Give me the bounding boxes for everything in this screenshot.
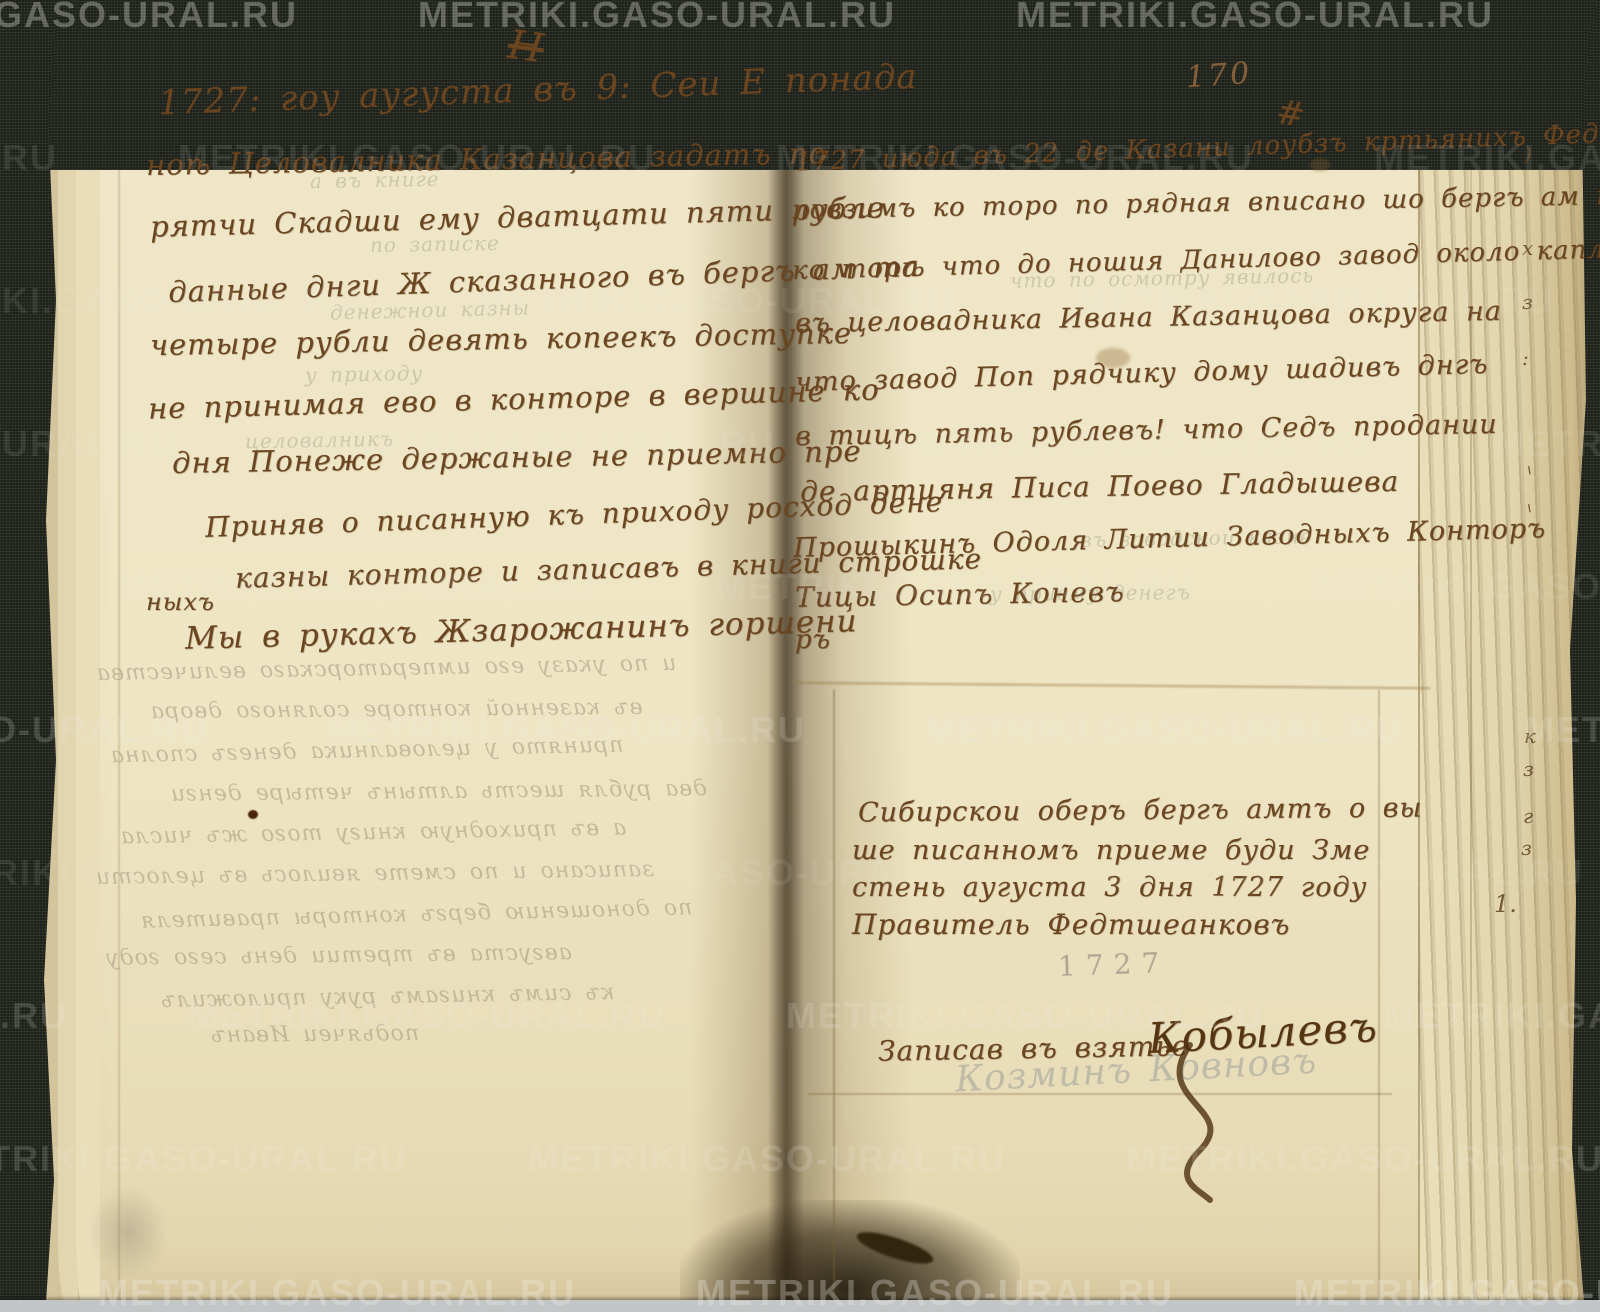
scan-bottom-strip — [0, 1300, 1600, 1312]
ink-blot — [248, 810, 258, 819]
handwriting-line: Тицы Осипъ Коневъ — [795, 575, 1125, 614]
page-edge-stack — [1418, 36, 1590, 1302]
ruled-line-vertical — [833, 690, 835, 1298]
page-edge-line — [1470, 36, 1472, 1302]
handwriting-line: стень аугуста 3 дня 1727 году — [852, 872, 1367, 903]
handwriting-line: Сибирскои оберъ бергъ амтъ о вы — [858, 793, 1423, 829]
gray-smudge-stain — [88, 1185, 168, 1280]
signature-flourish-stroke — [1130, 1040, 1290, 1210]
edge-mark: к — [1524, 724, 1536, 748]
page-edge-line — [1418, 36, 1420, 1302]
brown-stain — [1310, 158, 1330, 172]
ghost-fragment: у приходу — [305, 361, 424, 387]
handwriting-line: ше писанномъ приеме буди Зме — [852, 835, 1370, 866]
bottom-gutter-shadow — [680, 1200, 1020, 1305]
left-deckle-edge — [58, 40, 78, 1302]
edge-mark: з — [1523, 757, 1534, 781]
ruled-line-vertical — [1378, 690, 1380, 1298]
handwriting-line: Правитель Федтшеанковъ — [852, 908, 1290, 941]
manuscript-scan: { "watermark": { "text": "METRIKI.GASO-U… — [0, 0, 1600, 1312]
ruled-line-horizontal — [808, 1093, 1392, 1095]
handwriting-line: ныхъ — [146, 588, 215, 616]
edge-mark: 1. — [1494, 890, 1517, 918]
edge-mark: г — [1523, 804, 1533, 828]
edge-mark: з — [1522, 290, 1533, 314]
handwriting-flourish: ръ — [795, 625, 831, 655]
folio-mark-left: Н — [505, 22, 547, 73]
edge-mark: : — [1522, 346, 1529, 370]
pencil-ghost-note: 1727 — [1057, 946, 1169, 983]
ghost-line: подьячеи Иванъ — [210, 1021, 419, 1048]
page-number: 170 — [1185, 56, 1254, 96]
edge-mark: з — [1521, 836, 1532, 860]
ghost-line: въ казенной конторе соляного двора — [150, 695, 643, 724]
